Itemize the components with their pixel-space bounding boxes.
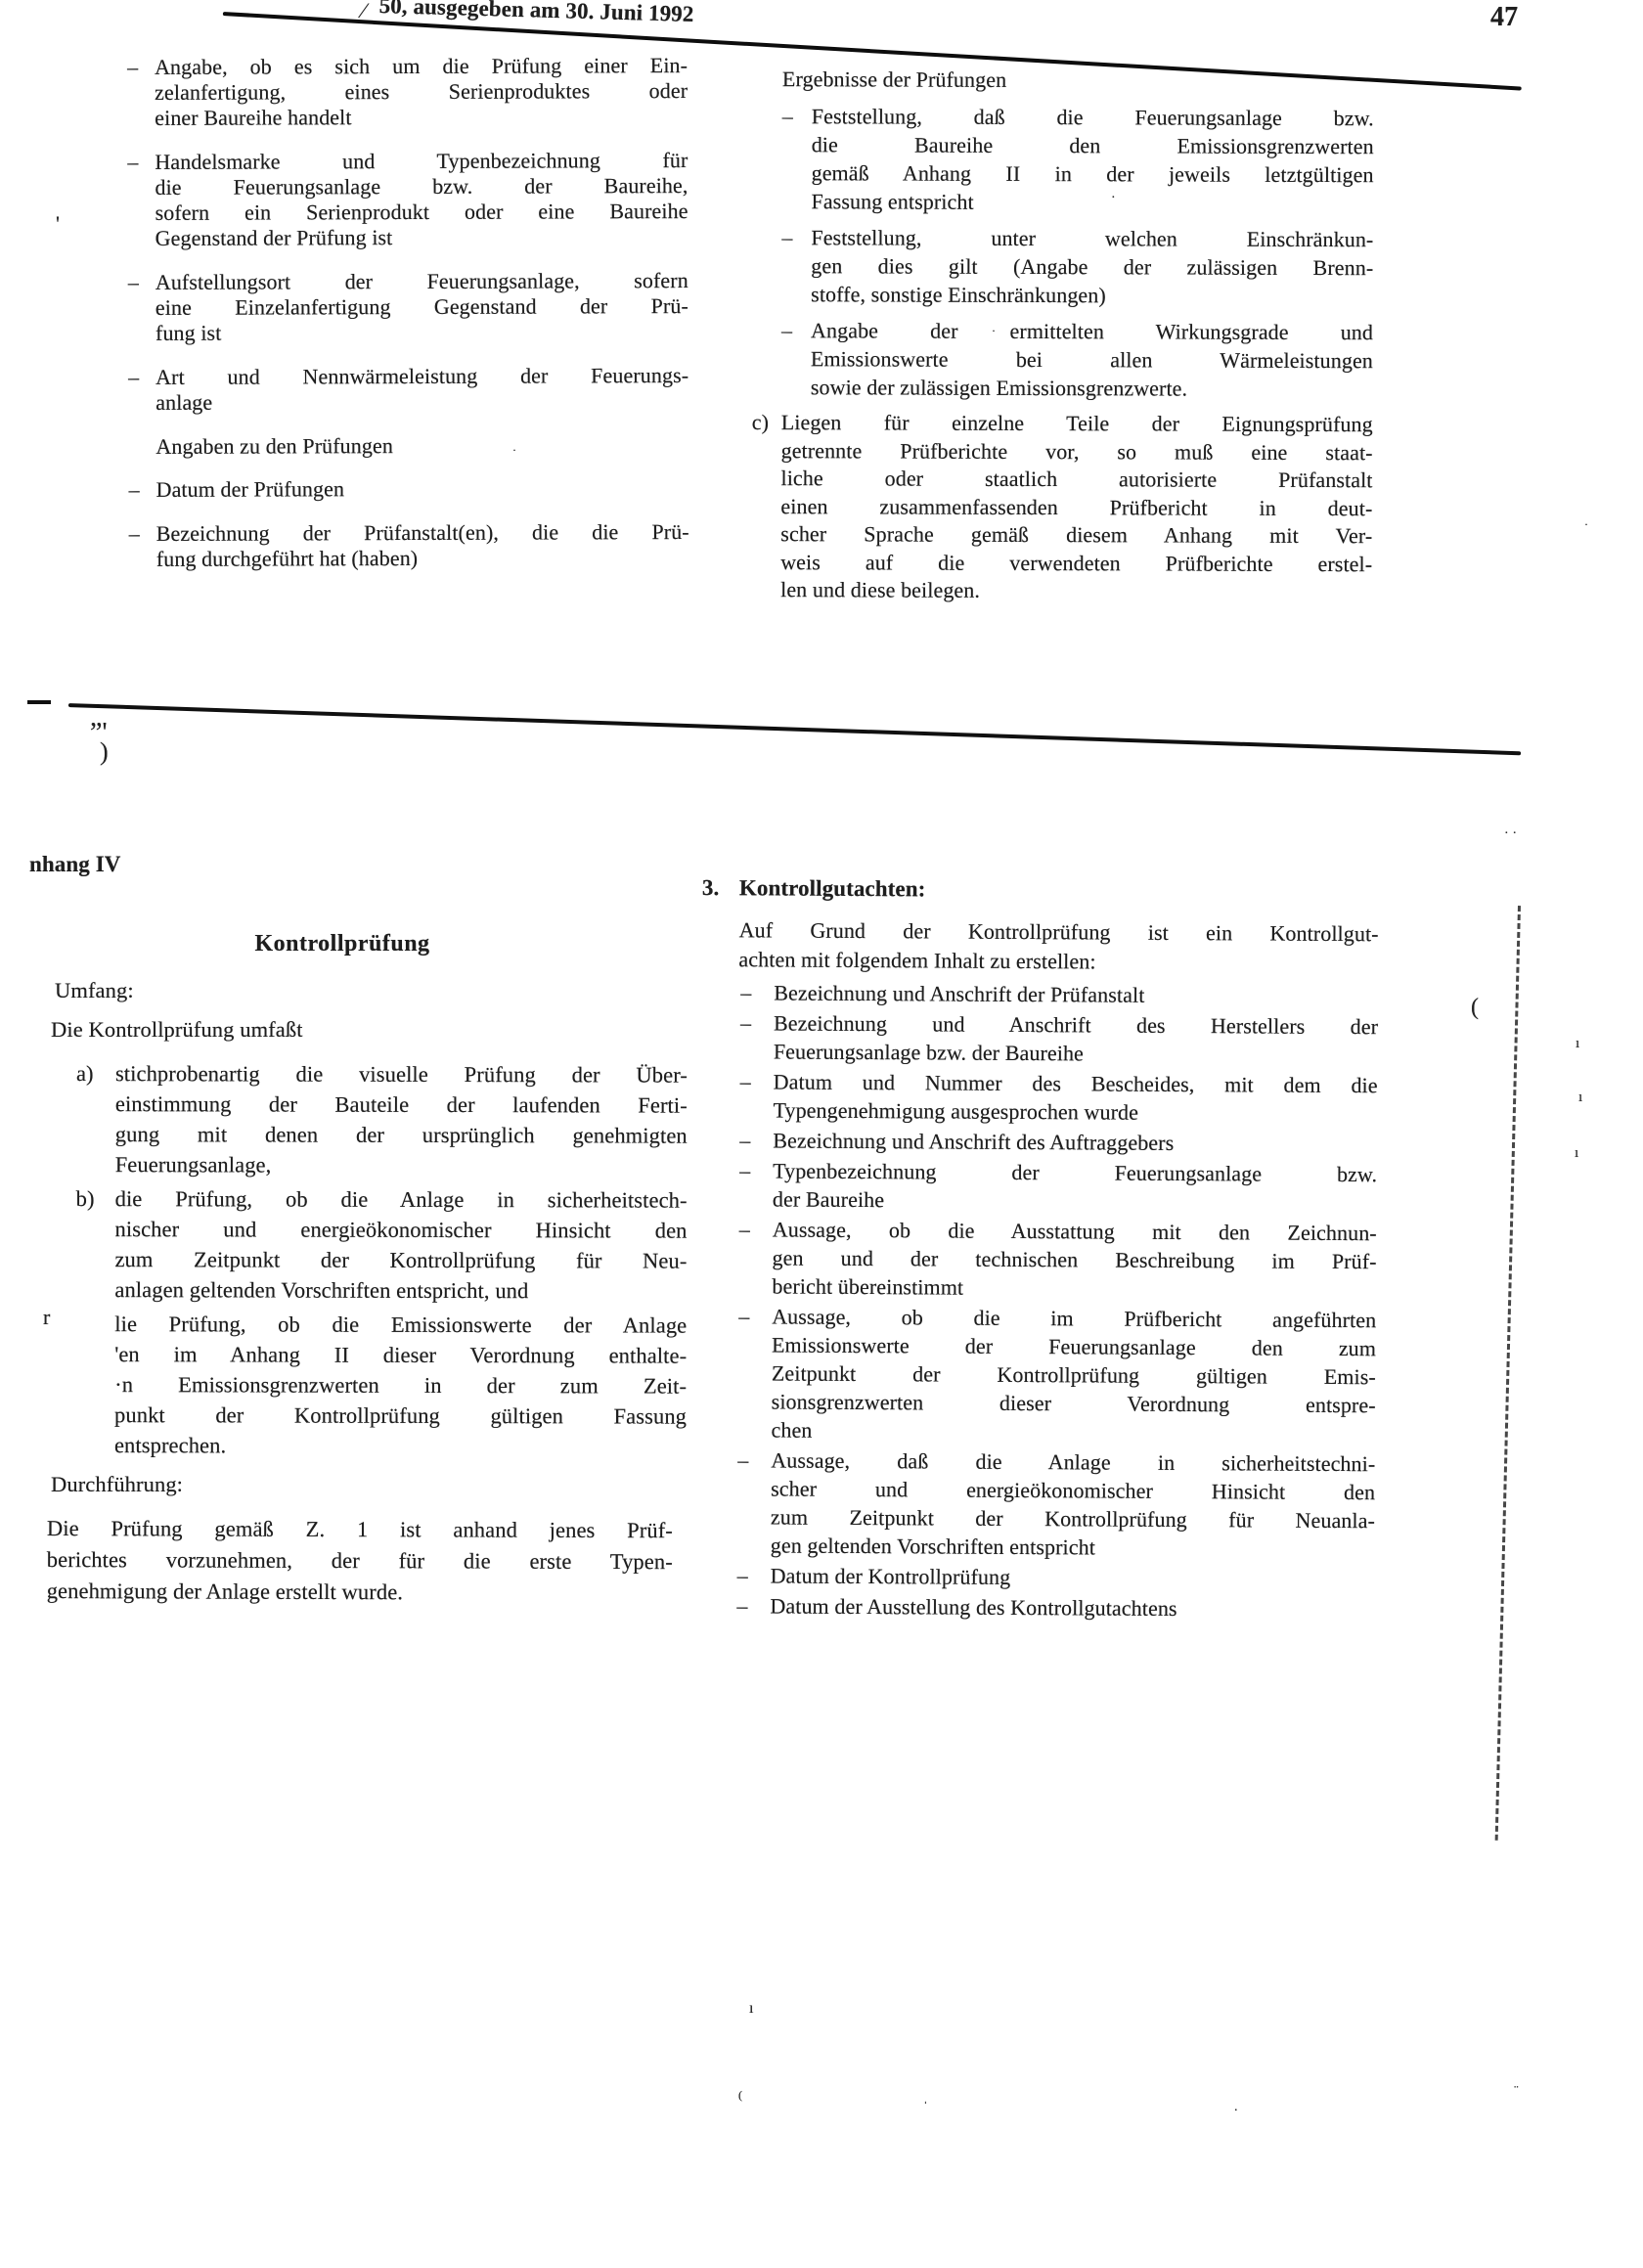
text-line: scher Sprache gemäß diesem Anhang mit Ve…: [780, 520, 1372, 551]
list-item: –Angabe der ermittelten Wirkungsgrade un…: [781, 316, 1373, 403]
text-line: zelanfertigung, eines Serienproduktes od…: [155, 78, 688, 106]
text-line: gen geltenden Vorschriften entspricht: [771, 1531, 1375, 1563]
section-title: Kontrollgutachten:: [739, 873, 926, 904]
list-item-text: Bezeichnung und Anschrift des Hersteller…: [774, 1008, 1378, 1069]
list-item: –Feststellung, unter welchen Einschränku…: [781, 223, 1373, 310]
text-line: stichprobenartig die visuelle Prüfung de…: [115, 1058, 688, 1090]
scan-mark: ·: [1584, 518, 1588, 530]
text-line: entsprechen.: [114, 1430, 687, 1462]
text-line: die Baureihe den Emissionsgrenzwerten: [812, 130, 1374, 160]
list-item-text: die Prüfung, ob die Anlage in sicherheit…: [114, 1183, 687, 1307]
list-item: –Handelsmarke und Typenbezeichnung fürdi…: [127, 148, 688, 251]
text-line: Aufstellungsort der Feuerungsanlage, sof…: [155, 268, 688, 295]
text-line: bericht übereinstimmt: [772, 1271, 1376, 1304]
list-item: –Feststellung, daß die Feuerungsanlage b…: [781, 102, 1373, 217]
page-number: 47: [1490, 2, 1518, 33]
text-line: sowie der zulässigen Emissionsgrenzwerte…: [811, 373, 1373, 403]
scan-mark: · ·: [1504, 827, 1517, 841]
bullet-marker: –: [129, 477, 156, 503]
subheading-angaben-pruefungen: Angaben zu den Prüfungen: [155, 432, 688, 460]
text-line: eine Einzelanfertigung Gegenstand der Pr…: [155, 293, 688, 321]
text-line: Feuerungsanlage bzw. der Baureihe: [774, 1037, 1378, 1069]
scan-mark: ˌ: [923, 2091, 928, 2105]
pruefungen-list: –Datum der Prüfungen–Bezeichnung der Prü…: [129, 475, 689, 572]
scan-mark: ı: [1578, 1090, 1582, 1105]
scan-mark: ): [100, 739, 109, 765]
scan-mark: (: [738, 2089, 742, 2101]
scan-mark: ı: [1576, 1037, 1579, 1051]
text-line: sofern ein Serienprodukt oder eine Baure…: [155, 199, 688, 226]
list-item-text: Angabe, ob es sich um die Prüfung einer …: [155, 53, 688, 131]
list-item: –Bezeichnung und Anschrift der Prüfansta…: [740, 978, 1378, 1010]
kontrollgutachten-heading: 3. Kontrollgutachten:: [702, 873, 1379, 907]
text-line: Angabe der ermittelten Wirkungsgrade und: [811, 316, 1373, 346]
bullet-marker: –: [737, 1561, 771, 1589]
list-item-text: stichprobenartig die visuelle Prüfung de…: [115, 1058, 688, 1181]
list-item: lie Prüfung, ob die Emissionswerte der A…: [75, 1309, 687, 1462]
list-item-text: Art und Nennwärmeleistung der Feuerungs-…: [155, 363, 688, 416]
list-item: –Bezeichnung und Anschrift des Auftragge…: [739, 1126, 1377, 1158]
list-item: –Angabe, ob es sich um die Prüfung einer…: [127, 53, 688, 131]
list-item-text: lie Prüfung, ob die Emissionswerte der A…: [114, 1309, 687, 1462]
list-item-text: Angabe der ermittelten Wirkungsgrade und…: [811, 316, 1373, 403]
bullet-marker: –: [781, 316, 811, 344]
text-line: Bezeichnung und Anschrift des Hersteller…: [774, 1008, 1378, 1041]
section-divider-rule: [68, 703, 1521, 755]
subheading-ergebnisse: Ergebnisse der Prüfungen: [782, 65, 1374, 95]
scan-mark: r: [43, 1307, 50, 1328]
list-item: –Datum der Kontrollprüfung: [737, 1561, 1375, 1593]
list-item-text: Feststellung, daß die Feuerungsanlage bz…: [811, 102, 1373, 217]
list-item: –Aussage, daß die Anlage in sicherheitst…: [737, 1445, 1376, 1563]
text-line: Datum der Prüfungen: [156, 475, 689, 503]
text-line: chen: [771, 1415, 1375, 1447]
list-item-text: Handelsmarke und Typenbezeichnung fürdie…: [155, 148, 688, 251]
bullet-marker: –: [740, 1067, 774, 1095]
text-line: Aussage, ob die im Prüfbericht angeführt…: [772, 1302, 1376, 1334]
text-line: punkt der Kontrollprüfung gültigen Fassu…: [114, 1400, 687, 1432]
bullet-marker: –: [781, 223, 811, 251]
list-item-text: Datum der Ausstellung des Kontrollgutach…: [770, 1591, 1374, 1623]
text-line: gen dies gilt (Angabe der zulässigen Bre…: [811, 251, 1373, 282]
text-line: lie Prüfung, ob die Emissionswerte der A…: [114, 1309, 687, 1341]
text-line: fung durchgeführt hat (haben): [156, 545, 689, 572]
text-line: Datum der Kontrollprüfung: [771, 1561, 1375, 1593]
list-item-text: Aussage, ob die Ausstattung mit den Zeic…: [772, 1215, 1377, 1304]
bullet-marker: –: [737, 1445, 771, 1474]
ergebnisse-list: –Feststellung, daß die Feuerungsanlage b…: [781, 102, 1374, 403]
text-line: zum Zeitpunkt der Kontrollprüfung für Ne…: [114, 1244, 687, 1276]
section-number: 3.: [702, 873, 739, 903]
list-item: –Datum der Ausstellung des Kontrollgutac…: [736, 1591, 1374, 1623]
bullet-marker: –: [739, 1156, 773, 1184]
scan-mark: ¨: [1514, 2085, 1519, 2099]
requirements-list: –Angabe, ob es sich um die Prüfung einer…: [127, 53, 688, 416]
text-line: weis auf die verwendeten Prüfberichte er…: [780, 549, 1372, 579]
text-line: ·n Emissionsgrenzwerten in der zum Zeit-: [114, 1369, 687, 1401]
list-item-text: Aussage, daß die Anlage in sicherheitste…: [771, 1445, 1376, 1563]
scan-artifact-dashed-line: [1495, 906, 1521, 1841]
text-line: genehmigung der Anlage erstellt wurde.: [47, 1576, 673, 1609]
bullet-marker: –: [127, 55, 155, 80]
text-line: zum Zeitpunkt der Kontrollprüfung für Ne…: [771, 1502, 1375, 1534]
bullet-marker: –: [129, 521, 156, 547]
text-line: Bezeichnung der Prüfanstalt(en), die die…: [156, 519, 689, 547]
kontrollgutachten-list: –Bezeichnung und Anschrift der Prüfansta…: [736, 978, 1378, 1623]
bullet-marker: –: [128, 365, 155, 390]
list-item-text: Aussage, ob die im Prüfbericht angeführt…: [771, 1302, 1376, 1447]
list-item: –Aussage, ob die Ausstattung mit den Zei…: [738, 1215, 1377, 1304]
list-item: b)die Prüfung, ob die Anlage in sicherhe…: [75, 1183, 687, 1307]
list-item-text: Datum und Nummer des Bescheides, mit dem…: [773, 1067, 1377, 1128]
text-line: scher und energieökonomischer Hinsicht d…: [771, 1474, 1375, 1506]
list-item-text: Datum der Prüfungen: [156, 475, 689, 503]
bullet-marker: a): [76, 1058, 115, 1089]
bullet-marker: –: [782, 102, 812, 130]
list-item: –Aufstellungsort der Feuerungsanlage, so…: [128, 268, 688, 346]
scan-mark: ': [56, 213, 60, 235]
text-line: Fassung entspricht: [811, 187, 1373, 217]
text-line: gen und der technischen Beschreibung im …: [773, 1243, 1377, 1275]
text-line: Feststellung, daß die Feuerungsanlage bz…: [812, 102, 1374, 132]
text-line: len und diese beilegen.: [780, 576, 1372, 606]
text-line: Feuerungsanlage,: [115, 1149, 688, 1181]
text-line: getrennte Prüfberichte vor, so muß eine …: [781, 437, 1373, 467]
kontrollpruefung-items: a)stichprobenartig die visuelle Prüfung …: [75, 1058, 688, 1466]
text-line: gemäß Anhang II in der jeweils letztgült…: [812, 158, 1374, 189]
list-item: –Datum der Prüfungen: [129, 475, 689, 503]
bullet-marker: –: [740, 978, 774, 1006]
list-item-text: Aufstellungsort der Feuerungsanlage, sof…: [155, 268, 688, 346]
text-line: stoffe, sonstige Einschränkungen): [811, 280, 1373, 310]
scan-mark: ı: [1575, 1146, 1578, 1161]
list-item-text: Typenbezeichnung der Feuerungsanlage bzw…: [773, 1156, 1377, 1217]
text-line: Zeitpunkt der Kontrollprüfung gültigen E…: [772, 1358, 1376, 1391]
scan-mark: (: [1471, 996, 1479, 1019]
list-item-text: Liegen für einzelne Teile der Eignungspr…: [780, 409, 1373, 606]
text-line: 'en im Anhang II dieser Verordnung entha…: [114, 1339, 687, 1371]
text-line: Bezeichnung und Anschrift der Prüfanstal…: [774, 978, 1378, 1010]
text-line: Emissionswerte der Feuerungsanlage den z…: [772, 1330, 1376, 1362]
text-line: die Prüfung, ob die Anlage in sicherheit…: [115, 1183, 688, 1216]
text-line: einer Baureihe handelt: [155, 104, 688, 131]
durchfuehrung-paragraph: Die Prüfung gemäß Z. 1 ist anhand jenes …: [47, 1513, 673, 1609]
bullet-marker: –: [740, 1008, 774, 1037]
scan-mark: ·: [512, 444, 516, 456]
umfang-label: Umfang:: [55, 978, 134, 1003]
list-item-text: Feststellung, unter welchen Einschränkun…: [811, 223, 1373, 310]
list-item-text: Bezeichnung und Anschrift des Auftraggeb…: [773, 1126, 1377, 1158]
bullet-marker: –: [736, 1591, 770, 1620]
kontrollpruefung-title: Kontrollprüfung: [39, 931, 645, 957]
bullet-marker: –: [127, 150, 155, 175]
text-line: der Baureihe: [773, 1184, 1377, 1217]
text-line: Aussage, daß die Anlage in sicherheitste…: [771, 1445, 1375, 1478]
kontrollgutachten-column: 3. Kontrollgutachten: Auf Grund der Kont…: [697, 873, 1379, 1625]
text-line: die Feuerungsanlage bzw. der Baureihe,: [155, 173, 688, 200]
bullet-marker: –: [739, 1126, 773, 1154]
kontrollgutachten-intro: Auf Grund der Kontrollprüfung ist ein Ko…: [738, 915, 1378, 978]
list-item: –Aussage, ob die im Prüfbericht angeführ…: [737, 1302, 1376, 1447]
text-line: einstimmung der Bauteile der laufenden F…: [115, 1089, 688, 1121]
list-item: –Bezeichnung und Anschrift des Herstelle…: [740, 1008, 1378, 1069]
list-item: a)stichprobenartig die visuelle Prüfung …: [76, 1058, 688, 1181]
anhang-iv-label: nhang IV: [29, 852, 121, 877]
scan-mark: ı: [749, 2001, 754, 2017]
text-line: Art und Nennwärmeleistung der Feuerungs-: [155, 363, 688, 390]
list-item: –Typenbezeichnung der Feuerungsanlage bz…: [739, 1156, 1377, 1217]
text-line: berichtes vorzunehmen, der für die erste…: [47, 1544, 673, 1578]
text-line: Angabe, ob es sich um die Prüfung einer …: [155, 53, 688, 80]
text-line: Liegen für einzelne Teile der Eignungspr…: [781, 409, 1373, 439]
scan-mark: ·: [992, 325, 996, 336]
list-item-text: Datum der Kontrollprüfung: [771, 1561, 1375, 1593]
text-line: anlage: [155, 388, 688, 416]
item-c-paragraph: c)Liegen für einzelne Teile der Eignungs…: [751, 409, 1373, 606]
bullet-marker: –: [738, 1302, 772, 1330]
bullet-marker: –: [128, 270, 155, 295]
scan-mark: .: [1234, 2101, 1238, 2114]
text-line: Datum und Nummer des Bescheides, mit dem…: [774, 1067, 1378, 1099]
scan-mark: ·: [1111, 192, 1116, 205]
bullet-marker: b): [76, 1183, 115, 1214]
scanned-document-page: 50, ausgegeben am 30. Juni 1992 47 –Anga…: [0, 0, 1643, 2268]
text-line: einen zusammenfassenden Prüfbericht in d…: [780, 493, 1372, 523]
divider-dash: [27, 700, 51, 704]
text-line: Typengenehmigung ausgesprochen wurde: [773, 1095, 1377, 1128]
text-line: Datum der Ausstellung des Kontrollgutach…: [770, 1591, 1374, 1623]
scan-mark: ⁄: [362, 0, 366, 22]
text-line: liche oder staatlich autorisierte Prüfan…: [780, 465, 1372, 495]
text-line: Auf Grund der Kontrollprüfung ist ein Ko…: [739, 915, 1379, 949]
text-line: anlagen geltenden Vorschriften entsprich…: [114, 1274, 687, 1307]
bullet-marker: c): [752, 409, 781, 437]
list-item: –Datum und Nummer des Bescheides, mit de…: [739, 1067, 1377, 1128]
text-line: sionsgrenzwerten dieser Verordnung entsp…: [772, 1387, 1376, 1419]
list-item-text: Bezeichnung und Anschrift der Prüfanstal…: [774, 978, 1378, 1010]
text-line: Aussage, ob die Ausstattung mit den Zeic…: [773, 1215, 1377, 1247]
list-item: c)Liegen für einzelne Teile der Eignungs…: [751, 409, 1373, 606]
text-line: nischer und energieökonomischer Hinsicht…: [115, 1214, 688, 1246]
text-line: Die Prüfung gemäß Z. 1 ist anhand jenes …: [47, 1513, 673, 1546]
durchfuehrung-label: Durchführung:: [51, 1472, 183, 1497]
top-left-column: –Angabe, ob es sich um die Prüfung einer…: [127, 53, 689, 591]
text-line: achten mit folgendem Inhalt zu erstellen…: [738, 945, 1378, 978]
text-line: gung mit denen der ursprünglich genehmig…: [115, 1119, 688, 1151]
text-line: Gegenstand der Prüfung ist: [155, 224, 688, 251]
text-line: Typenbezeichnung der Feuerungsanlage bzw…: [773, 1156, 1377, 1188]
top-right-column: Ergebnisse der Prüfungen –Feststellung, …: [751, 65, 1374, 614]
bullet-marker: –: [739, 1215, 773, 1243]
list-item: –Art und Nennwärmeleistung der Feuerungs…: [128, 363, 688, 416]
kontrollpruefung-intro: Die Kontrollprüfung umfaßt: [51, 1017, 303, 1043]
text-line: Emissionswerte bei allen Wärmeleistungen: [811, 344, 1373, 375]
text-line: Bezeichnung und Anschrift des Auftraggeb…: [773, 1126, 1377, 1158]
list-item: –Bezeichnung der Prüfanstalt(en), die di…: [129, 519, 689, 572]
text-line: Feststellung, unter welchen Einschränkun…: [811, 223, 1373, 253]
list-item-text: Bezeichnung der Prüfanstalt(en), die die…: [156, 519, 689, 572]
text-line: fung ist: [155, 319, 688, 346]
text-line: Handelsmarke und Typenbezeichnung für: [155, 148, 688, 175]
